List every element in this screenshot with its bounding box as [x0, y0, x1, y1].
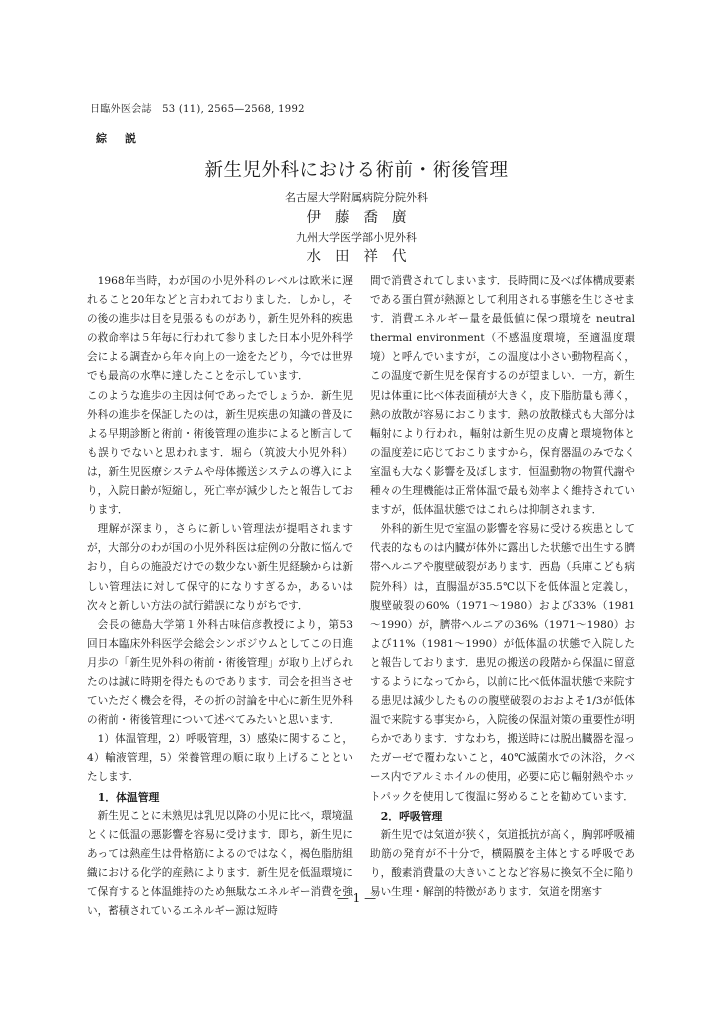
- left-column: 1968年当時，わが国の小児外科のレベルは欧米に遅れること20年などと言われてお…: [87, 272, 353, 921]
- section-heading: 2．呼吸管理: [370, 807, 635, 826]
- article-title: 新生児外科における術前・術後管理: [0, 156, 713, 182]
- author-affiliation: 名古屋大学附属病院分院外科: [0, 189, 713, 205]
- paragraph: 1968年当時，わが国の小児外科のレベルは欧米に遅れること20年などと言われてお…: [87, 272, 353, 387]
- journal-citation: 日臨外医会誌 53 (11), 2565—2568, 1992: [90, 100, 305, 115]
- right-column: 間で消費されてしまいます．長時間に及べば体構成要素である蛋白質が熱源として利用さ…: [370, 272, 635, 902]
- paragraph: 1）体温管理，2）呼吸管理，3）感染に関すること，4）輸液管理，5）栄養管理の順…: [87, 730, 353, 787]
- author-name: 伊藤喬廣: [0, 206, 713, 227]
- author-affiliation: 九州大学医学部小児外科: [0, 229, 713, 245]
- paragraph: 理解が深まり，さらに新しい管理法が提唱されますが，大部分のわが国の小児外科医は症…: [87, 520, 353, 615]
- paragraph: 間で消費されてしまいます．長時間に及べば体構成要素である蛋白質が熱源として利用さ…: [370, 272, 635, 520]
- section-heading: 1．体温管理: [87, 788, 353, 807]
- paragraph: このような進歩の主因は何であったでしょうか．新生児外科の進歩を保証したのは，新生…: [87, 387, 353, 521]
- author-name: 水田祥代: [0, 245, 713, 266]
- section-label: 綜説: [96, 130, 154, 146]
- page-number: — 1 —: [0, 891, 713, 905]
- paragraph: 会長の徳島大学第１外科古味信彦教授により，第53回日本臨床外科医学会総会シンポジ…: [87, 616, 353, 731]
- paragraph: 外科的新生児で室温の影響を容易に受ける疾患として代表的なものは内臓が体外に露出し…: [370, 520, 635, 806]
